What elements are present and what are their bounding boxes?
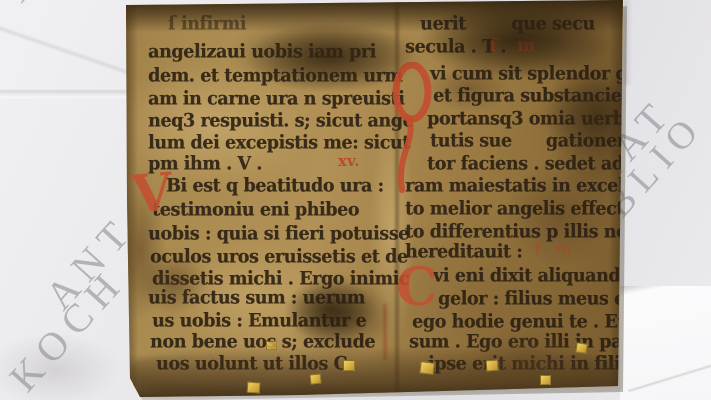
rubric-accent: xv. xyxy=(338,152,359,170)
manuscript-line: et figura substancie e9 xyxy=(433,85,650,106)
gutter-red-streak xyxy=(383,304,387,360)
gold-fleck xyxy=(343,360,355,371)
manuscript-line: neq3 respuisti. s; sicut ange xyxy=(148,110,413,131)
manuscript-line: to melior angelis effectus xyxy=(405,198,646,219)
paper-crease xyxy=(0,90,130,100)
manuscript-line: uerit que secu xyxy=(420,13,595,34)
manuscript-line: uobis : quia si fieri potuisse xyxy=(148,223,409,244)
manuscript-line: oculos uros eruissetis et de xyxy=(150,246,408,267)
manuscript-line: uos uolunt ut illos C xyxy=(156,353,347,374)
manuscript-line: dem. et temptationem urm xyxy=(148,65,403,86)
manuscript-line: sum . Ego ero illi in patre xyxy=(409,331,649,352)
gold-fleck xyxy=(247,382,261,394)
manuscript-line: am in carne ura n spreuisti xyxy=(148,88,404,109)
manuscript-line: angelizaui uobis iam pri xyxy=(148,41,376,62)
rubric-initial-v: V xyxy=(130,166,175,221)
gold-fleck xyxy=(310,373,322,384)
gold-fleck xyxy=(540,375,551,385)
manuscript-line: ego hodie genui te . Et ru xyxy=(412,311,652,332)
manuscript-line: ram maiestatis in excelsis xyxy=(405,175,649,196)
gold-fleck xyxy=(266,341,277,350)
rubric-initial-c: C xyxy=(396,262,437,314)
manuscript-line: ſ infirmi xyxy=(168,13,246,34)
manuscript-line: testimoniu eni phibeo xyxy=(152,199,359,220)
rubric-initial-q xyxy=(390,62,436,194)
gold-fleck xyxy=(419,361,434,375)
manuscript-line: us uobis : Emulantur e xyxy=(152,310,366,331)
manuscript-line: non bene uos s; exclude xyxy=(150,331,375,352)
paper-fold xyxy=(620,286,711,400)
manuscript-line: vi cum sit splendor gl xyxy=(430,63,633,84)
paper-crease xyxy=(628,358,711,392)
manuscript-line: Bi est q beatitudo ura : xyxy=(166,175,384,196)
manuscript-line: lum dei excepistis me: sicut xyxy=(148,132,410,153)
manuscript-line: to differentius p illis nome xyxy=(405,221,656,242)
gold-fleck xyxy=(486,360,499,372)
manuscript-line: uis factus sum : uerum xyxy=(148,287,365,308)
photo-scene: ANT KOCH RIAT BIBLIO A A ſ infirmi angel… xyxy=(0,0,711,400)
rubric-accent: f m xyxy=(490,36,542,56)
gutter-fold xyxy=(395,0,399,392)
gold-fleck xyxy=(575,342,587,354)
manuscript-line: ipse erit michi in filiu xyxy=(428,353,633,374)
rubric-accent: f m xyxy=(534,240,577,258)
